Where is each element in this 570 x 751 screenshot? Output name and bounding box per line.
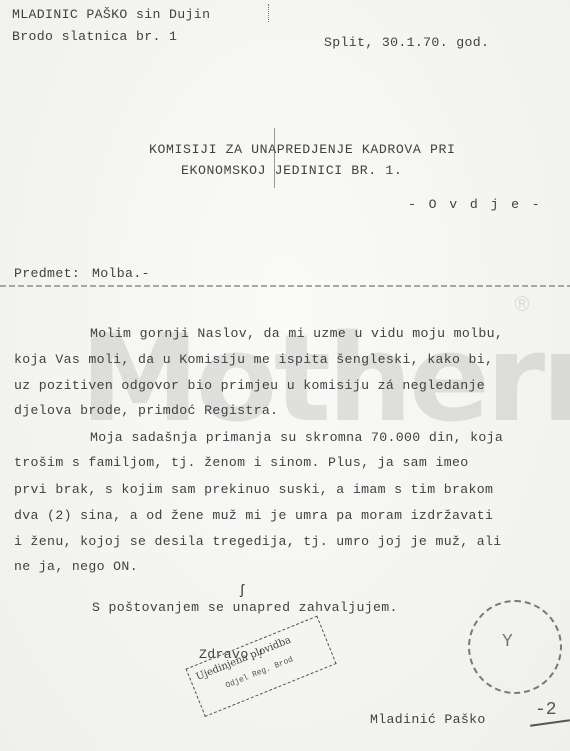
fold-line	[274, 128, 276, 188]
body-p1-line-2: koja Vas moli, da u Komisiju me ispita š…	[14, 352, 493, 367]
margin-mark	[268, 4, 270, 22]
subject-underline	[0, 285, 570, 287]
signature: Mladinić Paško	[370, 712, 486, 727]
body-p2-line-4: dva (2) sina, a od žene muž mi je umra p…	[14, 508, 493, 523]
place-date: Split, 30.1.70. god.	[324, 35, 489, 50]
subject-value: Molba.-	[92, 266, 150, 281]
corner-line	[530, 719, 570, 726]
scanned-letter-page: MLADINIC PAŠKO sin Dujin Brodo slatnica …	[0, 0, 570, 751]
body-p1-line-1: Molim gornji Naslov, da mi uzme u vidu m…	[90, 326, 503, 341]
addressee-line-1: KOMISIJI ZA UNAPREDJENJE KADROVA PRI	[149, 142, 456, 157]
rectangular-stamp: Ujedinjena plovidba Odjel Reg. Brod	[186, 616, 337, 717]
sender-address: Brodo slatnica br. 1	[12, 29, 177, 44]
sender-name: MLADINIC PAŠKO sin Dujin	[12, 7, 210, 22]
addressee-ovdje: - O v d j e -	[408, 197, 542, 212]
registered-icon: ®	[512, 292, 532, 316]
body-p2-line-6: ne ja, nego ON.	[14, 559, 138, 574]
body-p2-line-3: prvi brak, s kojim sam prekinuo suski, a…	[14, 482, 493, 497]
round-stamp-mark: Y	[502, 632, 513, 652]
round-stamp: Y	[468, 600, 562, 694]
body-p2-line-5: i ženu, kojoj se desila tregedija, tj. u…	[14, 534, 502, 549]
body-p1-line-3: uz pozitiven odgovor bio primjeu u komis…	[14, 378, 485, 393]
pen-mark: ʃ	[238, 583, 246, 599]
body-p2-line-2: trošim s familjom, tj. ženom i sinom. Pl…	[14, 455, 469, 470]
subject-label: Predmet:	[14, 266, 80, 281]
body-p2-line-1: Moja sadašnja primanja su skromna 70.000…	[90, 430, 503, 445]
addressee-line-2: EKONOMSKOJ JEDINICI BR. 1.	[181, 163, 402, 178]
closing-line: S poštovanjem se unapred zahvaljujem.	[92, 600, 398, 615]
body-p1-line-4: djelova brode, primdoć Registra.	[14, 403, 278, 418]
corner-number: -2	[535, 700, 557, 720]
